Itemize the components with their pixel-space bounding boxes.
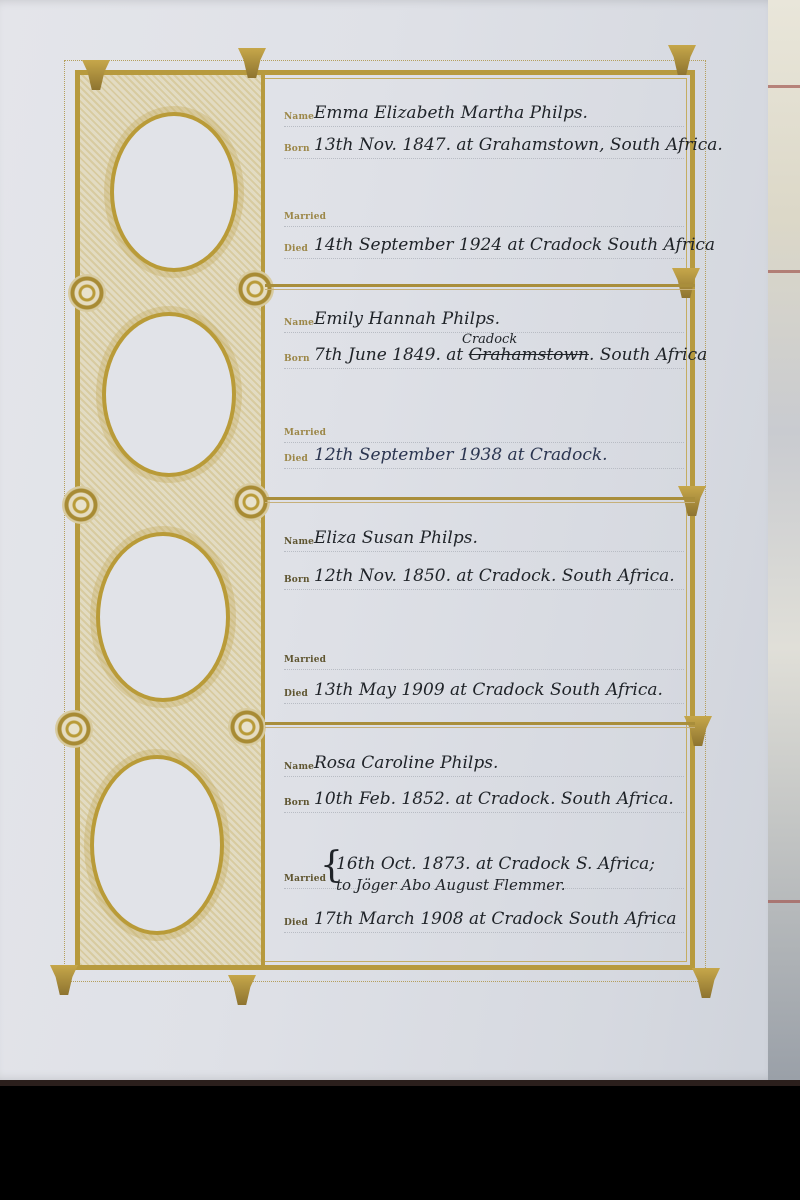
- rosette-ornament: [228, 708, 266, 746]
- died-label: Died: [284, 689, 308, 699]
- entry-name: Emily Hannah Philps.: [314, 309, 500, 329]
- entry-name: Emma Elizabeth Martha Philps.: [314, 103, 588, 123]
- entry-born: 12th Nov. 1850. at Cradock. South Africa…: [314, 566, 675, 586]
- section-divider: [265, 284, 695, 287]
- entry-born: 13th Nov. 1847. at Grahamstown, South Af…: [314, 135, 723, 155]
- born-date-place: 7th June 1849. at: [314, 345, 463, 365]
- died-label: Died: [284, 244, 308, 254]
- entry-married-line-2: to Jöger Abo August Flemmer.: [336, 876, 565, 894]
- entry-name: Eliza Susan Philps.: [314, 528, 478, 548]
- portrait-oval-1: [110, 112, 238, 272]
- struck-place: Grahamstown: [469, 345, 589, 365]
- name-label: Name: [284, 318, 314, 328]
- dark-background: [0, 1086, 800, 1200]
- married-label: Married: [284, 428, 326, 438]
- entry-died: 12th September 1938 at Cradock.: [314, 445, 608, 465]
- born-label: Born: [284, 354, 310, 364]
- born-label: Born: [284, 575, 310, 585]
- born-country: . South Africa: [589, 345, 707, 365]
- married-label: Married: [284, 655, 326, 665]
- married-label: Married: [284, 212, 326, 222]
- entry-born: 10th Feb. 1852. at Cradock. South Africa…: [314, 789, 674, 809]
- section-divider: [265, 497, 695, 500]
- entry-died: 13th May 1909 at Cradock South Africa.: [314, 680, 663, 700]
- section-divider: [265, 722, 695, 725]
- died-label: Died: [284, 918, 308, 928]
- rosette-ornament: [55, 710, 93, 748]
- rosette-ornament: [62, 486, 100, 524]
- rosette-ornament: [68, 274, 106, 312]
- name-label: Name: [284, 112, 314, 122]
- died-label: Died: [284, 454, 308, 464]
- page-edge-background: [768, 0, 800, 1080]
- entry-born: 7th June 1849. at Grahamstown. South Afr…: [314, 345, 707, 365]
- portrait-oval-3: [96, 532, 230, 702]
- born-label: Born: [284, 798, 310, 808]
- portrait-oval-2: [102, 312, 236, 477]
- entry-died: 17th March 1908 at Cradock South Africa: [314, 909, 677, 929]
- entry-married-line-1: 16th Oct. 1873. at Cradock S. Africa;: [336, 854, 655, 874]
- name-label: Name: [284, 762, 314, 772]
- portrait-oval-4: [90, 755, 224, 935]
- entry-name: Rosa Caroline Philps.: [314, 753, 498, 773]
- inserted-correction: Cradock: [462, 332, 517, 347]
- entry-died: 14th September 1924 at Cradock South Afr…: [314, 235, 715, 255]
- name-label: Name: [284, 537, 314, 547]
- born-label: Born: [284, 144, 310, 154]
